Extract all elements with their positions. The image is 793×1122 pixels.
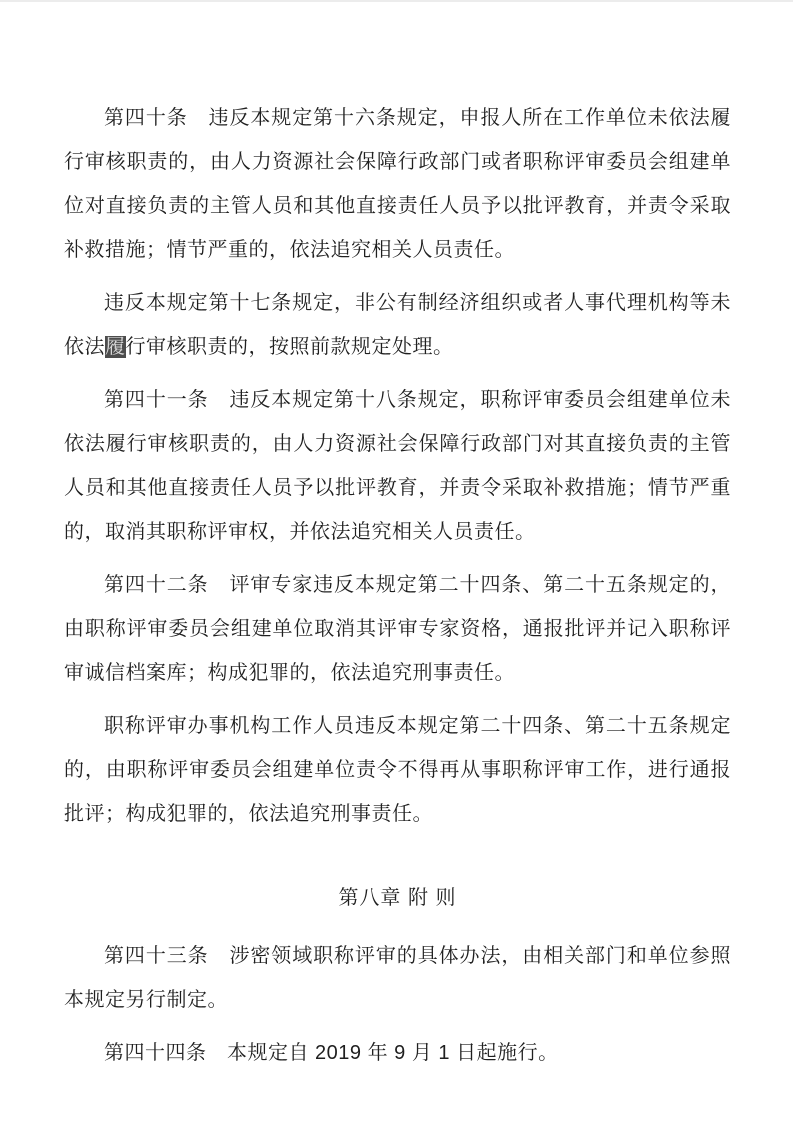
paragraph-article-44: 第四十四条 本规定自 2019 年 9 月 1 日起施行。	[64, 1031, 731, 1075]
paragraph-article-42: 第四十二条 评审专家违反本规定第二十四条、第二十五条规定的，由职称评审委员会组建…	[64, 563, 731, 695]
highlighted-character: 履	[105, 336, 126, 358]
paragraph-article-41: 第四十一条 违反本规定第十八条规定，职称评审委员会组建单位未依法履行审核职责的，…	[64, 378, 731, 554]
chapter-8-heading: 第八章 附 则	[64, 876, 731, 920]
paragraph-article-42-clause-2: 职称评审办事机构工作人员违反本规定第二十四条、第二十五条规定的，由职称评审委员会…	[64, 704, 731, 836]
document-content: 第四十条 违反本规定第十六条规定，申报人所在工作单位未依法履行审核职责的，由人力…	[0, 2, 793, 1075]
document-page: 第四十条 违反本规定第十六条规定，申报人所在工作单位未依法履行审核职责的，由人力…	[0, 0, 793, 1122]
article-40-clause-2-text-after: 行审核职责的，按照前款规定处理。	[126, 336, 454, 358]
paragraph-article-40: 第四十条 违反本规定第十六条规定，申报人所在工作单位未依法履行审核职责的，由人力…	[64, 96, 731, 272]
paragraph-article-40-clause-2: 违反本规定第十七条规定，非公有制经济组织或者人事代理机构等未依法履行审核职责的，…	[64, 281, 731, 369]
paragraph-article-43: 第四十三条 涉密领域职称评审的具体办法，由相关部门和单位参照本规定另行制定。	[64, 934, 731, 1022]
